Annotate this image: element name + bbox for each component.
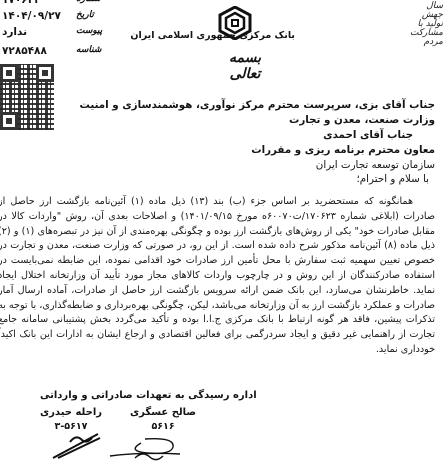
signature-icon bbox=[48, 428, 108, 461]
letter-body: همانگونه که مستحضرید بر اساس جزء (ب) بند… bbox=[0, 195, 435, 358]
attachment-field: ندارد پیوست bbox=[0, 26, 100, 44]
letter-date-value: ۱۴۰۴/۰۹/۲۷ bbox=[2, 10, 61, 22]
signer-1-code: ۵۶۱۶ bbox=[130, 421, 196, 432]
recipient-line-3: جناب آقای احمدی bbox=[323, 129, 413, 141]
body-paragraph: همانگونه که مستحضرید بر اساس جزء (ب) بند… bbox=[0, 195, 435, 358]
signer-2-name: راحله حیدری bbox=[40, 407, 102, 418]
recipient-line-1: جناب آقای بزی، سرپرست محترم مرکز نوآوری،… bbox=[79, 99, 435, 111]
attachment-value: ندارد bbox=[2, 26, 27, 38]
qr-finder-icon bbox=[0, 112, 18, 130]
bank-name: بانک مرکزی جمهوری اسلامی ایران bbox=[195, 30, 295, 41]
attachment-label: پیوست bbox=[76, 26, 102, 36]
recipient-line-5: سازمان توسعه تجارت ایران bbox=[316, 159, 435, 171]
letter-number-value: ۱۷۰۶۲۲ bbox=[2, 0, 40, 6]
identifier-field: ۷۲۸۵۴۸۸ شناسه bbox=[0, 45, 100, 63]
recipient-line-2: وزارت صنعت، معدن و تجارت bbox=[289, 114, 435, 126]
greeting: با سلام و احترام؛ bbox=[357, 173, 429, 185]
recipient-line-4: معاون محترم برنامه ریزی و مقررات bbox=[251, 144, 435, 156]
signer-1: صالح عسگری ۵۶۱۶ bbox=[130, 407, 196, 432]
year-slogan-stamp: سال جهش تولید با مشارکت مردم bbox=[405, 2, 443, 32]
department-name: اداره رسیدگی به تعهدات صادراتی و وارداتی bbox=[40, 390, 257, 401]
qr-code bbox=[0, 64, 54, 130]
signature-icon bbox=[105, 436, 190, 461]
signer-1-name: صالح عسگری bbox=[130, 407, 196, 418]
qr-finder-icon bbox=[36, 64, 54, 82]
letter-date-label: تاریخ bbox=[76, 10, 94, 20]
calligraphy-heading: بسمه تعالی bbox=[215, 50, 275, 82]
identifier-label: شناسه bbox=[76, 45, 101, 55]
qr-finder-icon bbox=[0, 64, 18, 82]
identifier-value: ۷۲۸۵۴۸۸ bbox=[2, 45, 47, 57]
letter-number-label: شماره bbox=[76, 0, 101, 4]
